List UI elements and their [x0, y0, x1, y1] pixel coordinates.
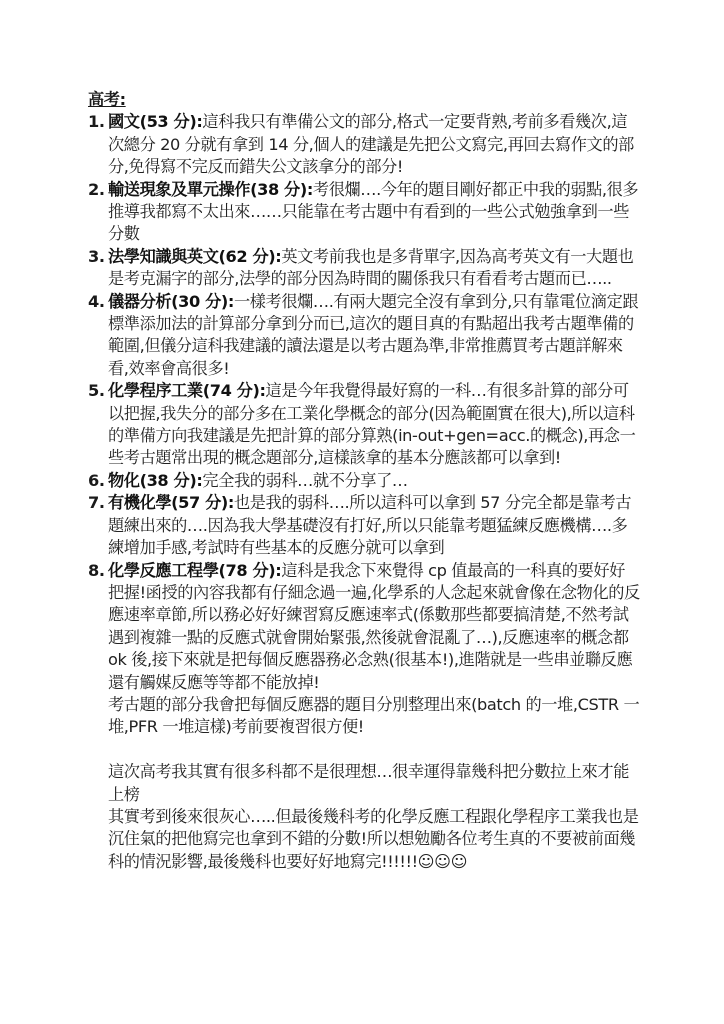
subject-label: 化學程序工業(74 分):: [108, 381, 266, 400]
section-title: 高考:: [88, 89, 640, 111]
subject-label: 輸送現象及單元操作(38 分):: [108, 180, 313, 199]
list-item-physical-chem: 6. 物化(38 分):完全我的弱科…就不分享了…: [88, 470, 640, 492]
item-number: 2.: [88, 179, 105, 201]
item-number: 7.: [88, 492, 105, 514]
list-item-transport: 2. 輸送現象及單元操作(38 分):考很爛….今年的題目剛好都正中我的弱點,很…: [88, 179, 640, 246]
document-page: 高考: 1. 國文(53 分):這科我只有準備公文的部分,格式一定要背熟,考前多…: [88, 89, 640, 873]
subject-label: 法學知識與英文(62 分):: [108, 247, 281, 266]
list-item-instrumental: 4. 儀器分析(30 分):一樣考很爛….有兩大題完全沒有拿到分,只有靠電位滴定…: [88, 291, 640, 381]
item-number: 8.: [88, 560, 105, 582]
item-extra-text: 考古題的部分我會把每個反應器的題目分別整理出來(batch 的一堆,CSTR 一…: [108, 694, 640, 739]
closing-paragraph-1: 這次高考我其實有很多科都不是很理想…很幸運得靠幾科把分數拉上來才能上榜: [88, 761, 640, 806]
item-number: 4.: [88, 291, 105, 313]
item-number: 6.: [88, 470, 105, 492]
item-number: 3.: [88, 246, 105, 268]
subject-list: 1. 國文(53 分):這科我只有準備公文的部分,格式一定要背熟,考前多看幾次,…: [88, 111, 640, 738]
subject-label: 有機化學(57 分):: [108, 493, 234, 512]
list-item-reaction-eng: 8. 化學反應工程學(78 分):這科是我念下來覺得 cp 值最高的一科真的要好…: [88, 560, 640, 739]
item-text: 這科是我念下來覺得 cp 值最高的一科真的要好好把握!函授的內容我都有仔細念過一…: [108, 561, 640, 692]
spacer: [88, 739, 640, 761]
subject-label: 物化(38 分):: [108, 471, 202, 490]
subject-label: 國文(53 分):: [108, 112, 202, 131]
item-number: 5.: [88, 380, 105, 402]
closing-paragraph-2: 其實考到後來很灰心…..但最後幾科考的化學反應工程跟化學程序工業我也是沉住氣的把…: [88, 806, 640, 873]
subject-label: 儀器分析(30 分):: [108, 292, 234, 311]
subject-label: 化學反應工程學(78 分):: [108, 561, 281, 580]
item-text: 完全我的弱科…就不分享了…: [202, 471, 407, 490]
list-item-law-english: 3. 法學知識與英文(62 分):英文考前我也是多背單字,因為高考英文有一大題也…: [88, 246, 640, 291]
list-item-process-industry: 5. 化學程序工業(74 分):這是今年我覺得最好寫的一科…有很多計算的部分可以…: [88, 380, 640, 470]
list-item-guowen: 1. 國文(53 分):這科我只有準備公文的部分,格式一定要背熟,考前多看幾次,…: [88, 111, 640, 178]
item-number: 1.: [88, 111, 105, 133]
list-item-organic-chem: 7. 有機化學(57 分):也是我的弱科….所以這科可以拿到 57 分完全都是靠…: [88, 492, 640, 559]
